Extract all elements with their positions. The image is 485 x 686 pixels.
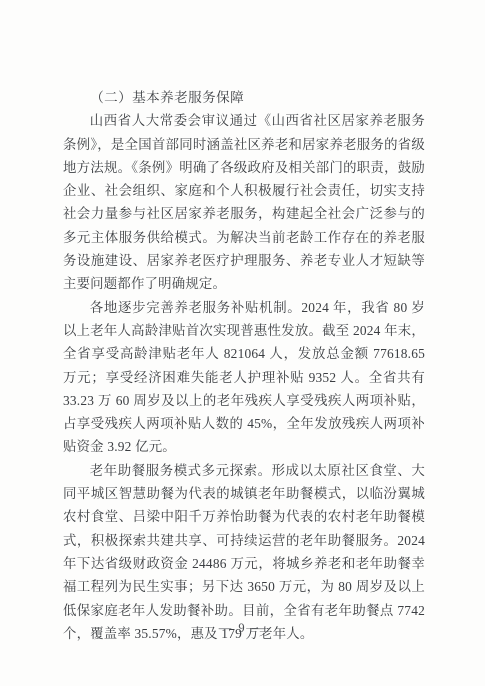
section-heading: （二）基本养老服务保障 — [63, 86, 425, 109]
document-body: （二）基本养老服务保障 山西省人大常委会审议通过《山西省社区居家养老服务条例》，… — [63, 86, 425, 645]
document-page: （二）基本养老服务保障 山西省人大常委会审议通过《山西省社区居家养老服务条例》，… — [0, 0, 485, 686]
page-number: — 9 — — [0, 621, 485, 636]
paragraph-subsidy-mechanism: 各地逐步完善养老服务补贴机制。2024 年，我省 80 岁以上老年人高龄津贴首次… — [63, 296, 425, 459]
paragraph-regulation-overview: 山西省人大常委会审议通过《山西省社区居家养老服务条例》，是全国首部同时涵盖社区养… — [63, 109, 425, 295]
paragraph-meal-assistance: 老年助餐服务模式多元探索。形成以太原社区食堂、大同平城区智慧助餐为代表的城镇老年… — [63, 459, 425, 645]
